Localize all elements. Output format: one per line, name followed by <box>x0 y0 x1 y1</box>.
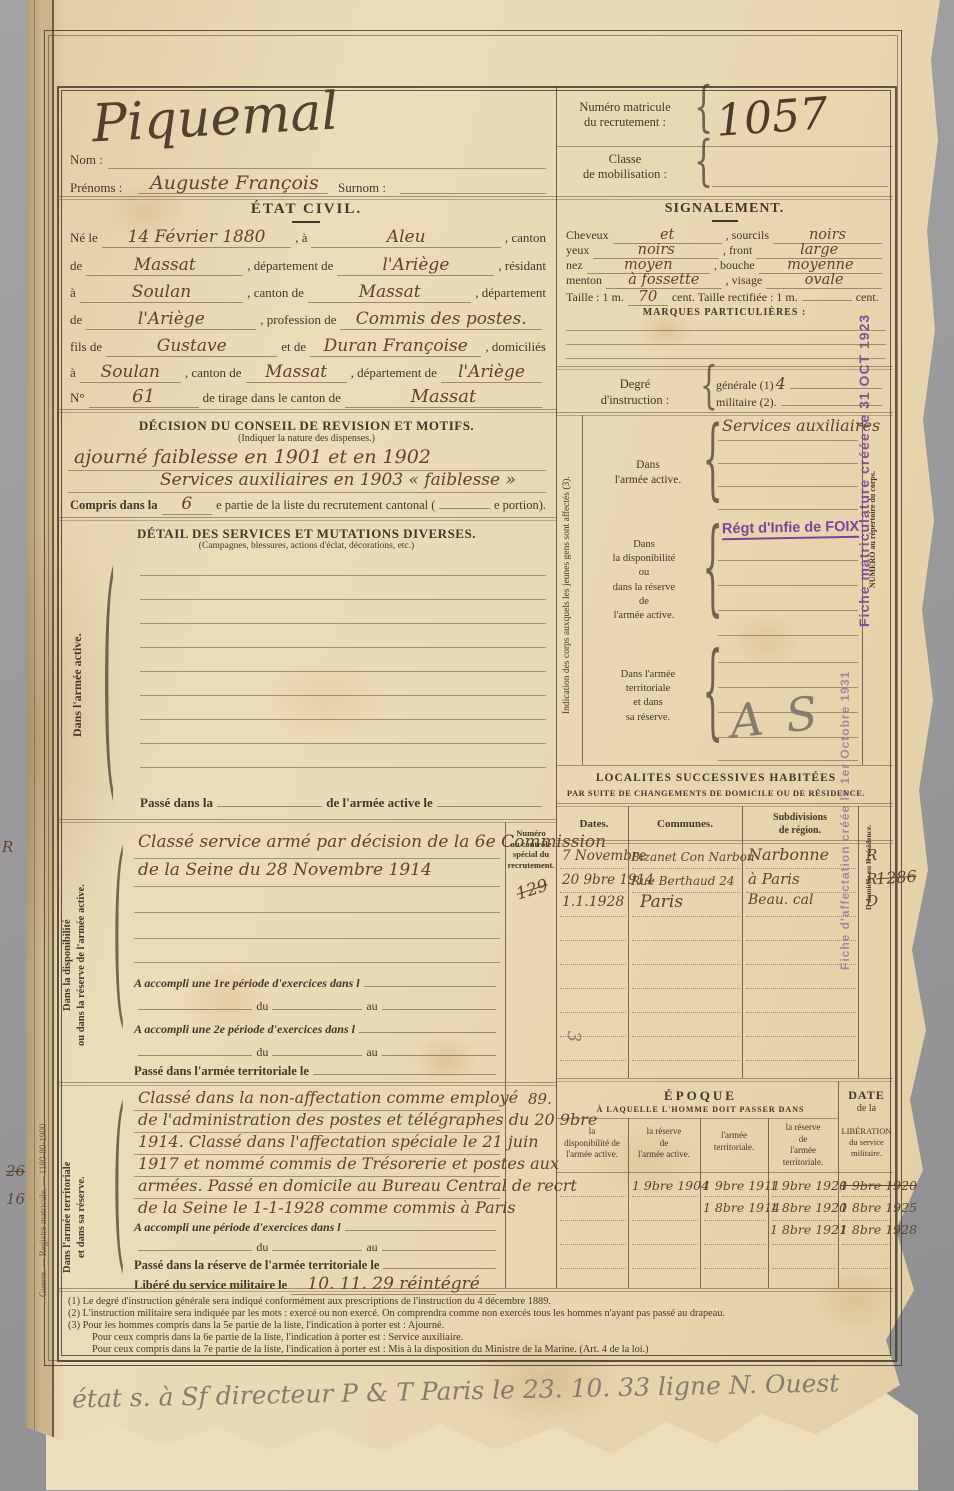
tirage-canton: Massat <box>345 388 542 408</box>
corps-dispo-brace: { <box>703 516 723 620</box>
etat-civil-title: ÉTAT CIVIL. <box>57 201 556 218</box>
periode1-du: du <box>256 999 268 1014</box>
corps-terr-label: Dans l'armée territoriale et dans sa rés… <box>592 668 704 725</box>
passe-armee-active-label-2: de l'armée active le <box>326 795 432 811</box>
periode1-du-blank <box>272 1009 362 1010</box>
ec-profession: Commis des postes. <box>340 311 542 330</box>
ec-fils-de-label: fils de <box>70 339 102 355</box>
dispo-side-label-1: Dans la disponibilité <box>62 860 73 1070</box>
cheveux-label: Cheveux <box>566 228 609 243</box>
classe-brace: { <box>694 136 713 190</box>
periode1-unit-blank <box>138 1009 252 1010</box>
epoque-territoriale-r1: 1 9bre 1911 <box>703 1178 780 1193</box>
localites-col-dates: Dates. <box>563 818 625 830</box>
ec-res-canton: Massat <box>308 284 471 303</box>
dispo-note-2: de la Seine du 28 Novembre 1914 <box>138 860 432 880</box>
footnote-5: Pour ceux compris dans la 7e partie de l… <box>92 1344 886 1355</box>
terr-note-6: de la Seine le 1-1-1928 comme commis à P… <box>138 1198 516 1217</box>
epoque-liberation-r2: 1 8bre 1925 <box>840 1200 917 1215</box>
localites-title: LOCALITES SUCCESSIVES HABITÉES <box>556 772 876 784</box>
ec-birthdate: 14 Février 1880 <box>102 229 291 248</box>
passe-armee-active-blank-1 <box>217 806 322 807</box>
instruction-generale-label: générale (1) <box>716 378 774 393</box>
nez-label: nez <box>566 258 583 273</box>
edge-fragment-r: R <box>2 838 13 856</box>
terr-au: au <box>366 1240 377 1255</box>
ec-canton-label: , canton <box>505 230 546 246</box>
corps-terr-value: A S <box>727 685 824 748</box>
epoque-col2-header: la réserve de l'armée active. <box>630 1126 698 1161</box>
column-divider <box>556 86 557 1288</box>
localites-subtitle: PAR SUITE DE CHANGEMENTS DE DOMICILE OU … <box>556 788 876 798</box>
terr-au-blank <box>382 1250 496 1251</box>
periode2-au-blank <box>382 1055 496 1056</box>
numero-brace: { <box>694 82 713 136</box>
yeux-label: yeux <box>566 243 589 258</box>
corps-active-label: Dans l'armée active. <box>592 458 704 488</box>
signalement-title: SIGNALEMENT. <box>556 201 893 217</box>
epoque-col4-header: la réserve de l'armée territoriale. <box>770 1122 836 1169</box>
ec-res-dept-label: , département <box>475 285 546 301</box>
ec-profession-label: , profession de <box>260 312 336 328</box>
ec-a-label: , à <box>295 230 307 246</box>
ec-residant-label: , résidant <box>498 258 546 274</box>
nom-label: Nom : <box>70 152 103 168</box>
compris-label-1: Compris dans la <box>70 498 158 513</box>
epoque-col3-header: l'armée territoriale. <box>702 1130 766 1153</box>
classe-mobilisation-label: Classe de mobilisation : <box>560 152 690 182</box>
periode1-label: A accompli une 1re période d'exercices d… <box>134 976 360 991</box>
scanned-document: R 26 16 Piquemal Nom : Prénoms : Auguste… <box>0 0 954 1491</box>
tirage-no-label: N° <box>70 390 85 406</box>
terr-note-5: armées. Passé en domicile au Bureau Cent… <box>138 1176 577 1195</box>
prenoms-label: Prénoms : <box>70 180 122 196</box>
instruction-generale-value: 4 <box>776 374 786 393</box>
epoque-col5-header: LIBÉRATION du service militaire. <box>840 1126 893 1159</box>
armee-active-side-label: Dans l'armée active. <box>70 590 85 780</box>
sourcils-label: , sourcils <box>726 228 769 243</box>
edge-fragment-16: 16 <box>6 1190 25 1208</box>
menton-value: à fossette <box>606 273 722 289</box>
terr-du: du <box>256 1240 268 1255</box>
localites-row3-subdiv: Beau. cal <box>748 892 814 908</box>
ec-dom-dept-label: , département de <box>351 365 437 381</box>
services-subtitle: (Campagnes, blessures, actions d'éclat, … <box>57 541 556 551</box>
periode1-blank <box>364 986 496 987</box>
corps-terr-brace: { <box>703 640 723 744</box>
terr-note-1: Classé dans la non-affectation comme emp… <box>138 1088 518 1107</box>
periode2-au: au <box>366 1045 377 1060</box>
terr-note-4: 1917 et nommé commis de Trésorerie et po… <box>138 1154 559 1173</box>
tirage-number: 61 <box>89 388 199 408</box>
localites-row3-dr: D <box>866 892 878 910</box>
passe-reserve-terr-blank <box>383 1268 496 1269</box>
taille-label-2: cent. Taille rectifiée : 1 m. <box>672 290 798 305</box>
localites-col-communes: Communes. <box>630 818 740 830</box>
spine-line <box>34 0 35 1478</box>
ec-ne-le-label: Né le <box>70 230 98 246</box>
corps-dispo-label: Dans la disponibilité ou dans la réserve… <box>588 538 700 623</box>
bouche-label: , bouche <box>714 258 755 273</box>
periode2-label: A accompli une 2e période d'exercices da… <box>134 1022 355 1037</box>
signalement-title-rule <box>712 220 738 222</box>
front-label: , front <box>723 243 752 258</box>
passe-armee-active-label-1: Passé dans la <box>140 795 213 811</box>
spine-imprint: Guerre. — Registre matricule. — 1180-80-… <box>38 1050 48 1370</box>
epoque-subtitle: À LAQUELLE L'HOMME DOIT PASSER DANS <box>563 1105 838 1114</box>
ec-residence: Soulan <box>80 284 243 303</box>
epoque-reserve-active-r1: 1 9bre 1904 <box>632 1178 709 1193</box>
armee-active-brace: ( <box>102 549 115 807</box>
ec-dom-canton-label: , canton de <box>185 365 242 381</box>
localites-row2-commune: Rue Berthaud 24 <box>631 874 735 888</box>
numero-matricule-label: Numéro matricule du recrutement : <box>560 100 690 130</box>
menton-label: menton <box>566 273 602 288</box>
localites-row1-dr: R <box>866 846 877 864</box>
periode2-unit-blank <box>138 1055 252 1056</box>
periode2-du-blank <box>272 1055 362 1056</box>
terr-brace: ( <box>113 1088 125 1278</box>
numero-matricule-value: 1057 <box>714 88 829 147</box>
margin-number-1286: 1286 <box>875 867 917 889</box>
dispo-note-1: Classé service armé par décision de la 6… <box>138 832 606 852</box>
epoque-liberation-r1: 1 9bre 1920 <box>840 1178 917 1193</box>
periode2-du: du <box>256 1045 268 1060</box>
terr-side-label-2: et dans sa réserve. <box>76 1125 87 1310</box>
localites-row3-date: 1.1.1928 <box>562 894 624 910</box>
terr-note-3: 1914. Classé dans l'affectation spéciale… <box>138 1132 539 1151</box>
localites-divider-2 <box>742 806 743 1078</box>
footnote-3: (3) Pour les hommes compris dans la 5e p… <box>68 1320 886 1331</box>
corps-side-label: Indication des corps auxquels les jeunes… <box>562 430 572 760</box>
epoque-title: ÉPOQUE <box>563 1088 838 1104</box>
controle-column-divider <box>505 822 506 1288</box>
ec-mother: Duran Françoise <box>310 338 481 357</box>
localites-row1-commune: Bizanet Con Narbon <box>631 850 755 864</box>
ec-dept-label: , département de <box>247 258 333 274</box>
stamp-fiche-affectation: Fiche d'affectation créée le 1er Octobre… <box>838 560 852 1080</box>
epoque-reserve-terr-r1: 1 9bre 1920 <box>770 1178 847 1193</box>
ec-dom-canton: Massat <box>246 364 347 383</box>
ec-birthplace: Aleu <box>311 229 500 248</box>
terr-note-2: de l'administration des postes et télégr… <box>138 1110 597 1129</box>
ec-res-de-label: de <box>70 312 82 328</box>
epoque-divider-1 <box>628 1118 629 1288</box>
instruction-label: Degré d'instruction : <box>580 376 690 409</box>
ec-dom-place: Soulan <box>80 364 181 383</box>
epoque-reserve-terr-r3: 1 8bre 1921 <box>770 1222 847 1237</box>
localites-pencil-mark: 3 <box>563 1031 584 1042</box>
periode1-au-blank <box>382 1009 496 1010</box>
ec-et-de-label: et de <box>281 339 306 355</box>
decision-note-2: Services auxiliaires en 1903 « faiblesse… <box>160 470 516 490</box>
compris-part-number: 6 <box>162 496 213 515</box>
epoque-date-title: DATE <box>840 1088 893 1103</box>
terr-periode-label: A accompli une période d'exercices dans … <box>134 1220 341 1235</box>
edge-fragment-26: 26 <box>6 1162 25 1180</box>
ec-domicilies-label: , domiciliés <box>485 339 546 355</box>
libere-value: 10. 11. 29 réintégré <box>291 1276 496 1295</box>
terr-side-label-1: Dans l'armée territoriale <box>62 1110 73 1325</box>
dispo-side-label-2: ou dans la réserve de l'armée active. <box>76 845 87 1085</box>
ec-dept-value: l'Ariège <box>337 257 494 276</box>
ec-de-label: de <box>70 258 82 274</box>
epoque-territoriale-r2: 1 8bre 1914 <box>703 1200 780 1215</box>
services-title: DÉTAIL DES SERVICES ET MUTATIONS DIVERSE… <box>57 526 556 542</box>
taille-rect-blank <box>802 300 852 301</box>
marques-label: MARQUES PARTICULIÈRES : <box>556 307 893 318</box>
epoque-liberation-r3: 1 8bre 1928 <box>840 1222 917 1237</box>
instruction-militaire-label: militaire (2). <box>716 395 777 410</box>
epoque-divider-2 <box>700 1118 701 1288</box>
dispo-brace: ( <box>113 832 125 1034</box>
etat-civil-title-rule <box>292 221 320 223</box>
corps-left-strip-line <box>582 415 583 765</box>
decision-note-1: ajourné faiblesse en 1901 et en 1902 <box>74 446 431 468</box>
localites-row2-subdiv: à Paris <box>748 870 800 888</box>
passe-reserve-terr-label: Passé dans la réserve de l'armée territo… <box>134 1258 379 1273</box>
localites-divider-3 <box>858 806 859 1078</box>
surnom-label: Surnom : <box>338 180 386 196</box>
ec-dom-dept: l'Ariège <box>441 364 542 383</box>
compris-portion-blank <box>439 508 490 509</box>
compris-label-3: e portion). <box>494 498 546 513</box>
compris-label-2: e partie de la liste du recrutement cant… <box>216 498 435 513</box>
ec-res-dept-value: l'Ariège <box>86 311 256 330</box>
ec-res-canton-label: , canton de <box>247 285 304 301</box>
epoque-col1-header: la disponibilité de l'armée active. <box>558 1126 626 1161</box>
footnote-4: Pour ceux compris dans la 6e partie de l… <box>92 1332 886 1343</box>
decision-subtitle: (Indiquer la nature des dispenses.) <box>57 433 556 444</box>
corps-dispo-stamp: Régt d'Infie de FOIX <box>722 519 859 540</box>
terr-periode-blank <box>345 1230 496 1231</box>
ec-canton-value: Massat <box>86 257 243 276</box>
tirage-label: de tirage dans le canton de <box>203 390 341 406</box>
periode2-blank <box>359 1032 496 1033</box>
terr-du-blank <box>272 1250 362 1251</box>
terr-du-lead-blank <box>138 1250 252 1251</box>
footnote-2: (2) L'instruction militaire sera indiqué… <box>68 1308 886 1319</box>
ec-father: Gustave <box>106 338 277 357</box>
decision-title: DÉCISION DU CONSEIL DE REVISION ET MOTIF… <box>57 418 556 434</box>
periode1-au: au <box>366 999 377 1014</box>
name-signature: Piquemal <box>91 82 340 155</box>
ec-res-a-label: à <box>70 285 76 301</box>
taille-label-1: Taille : 1 m. <box>566 290 624 305</box>
epoque-date-sub: de la <box>840 1103 893 1114</box>
stamp-fiche-matriculaire: Fiche matriculature créée le 31 OCT 1923 <box>856 230 872 710</box>
passe-territoriale-label: Passé dans l'armée territoriale le <box>134 1064 309 1079</box>
passe-armee-active-blank-2 <box>437 806 542 807</box>
corps-active-brace: { <box>703 416 723 504</box>
taille-value: 70 <box>628 289 668 306</box>
visage-label: , visage <box>726 273 763 288</box>
terr-margin-number: 89. <box>528 1090 552 1108</box>
prenoms-value: Auguste François <box>150 172 319 194</box>
localites-row1-subdiv: Narbonne <box>748 845 829 864</box>
localites-row3-commune: Paris <box>640 892 683 912</box>
localites-divider-1 <box>628 806 629 1078</box>
passe-territoriale-blank <box>313 1074 496 1075</box>
epoque-reserve-terr-r2: 1 8bre 1920 <box>770 1200 847 1215</box>
ec-dom-a-label: à <box>70 365 76 381</box>
footnote-1: (1) Le degré d'instruction générale sera… <box>68 1296 886 1307</box>
